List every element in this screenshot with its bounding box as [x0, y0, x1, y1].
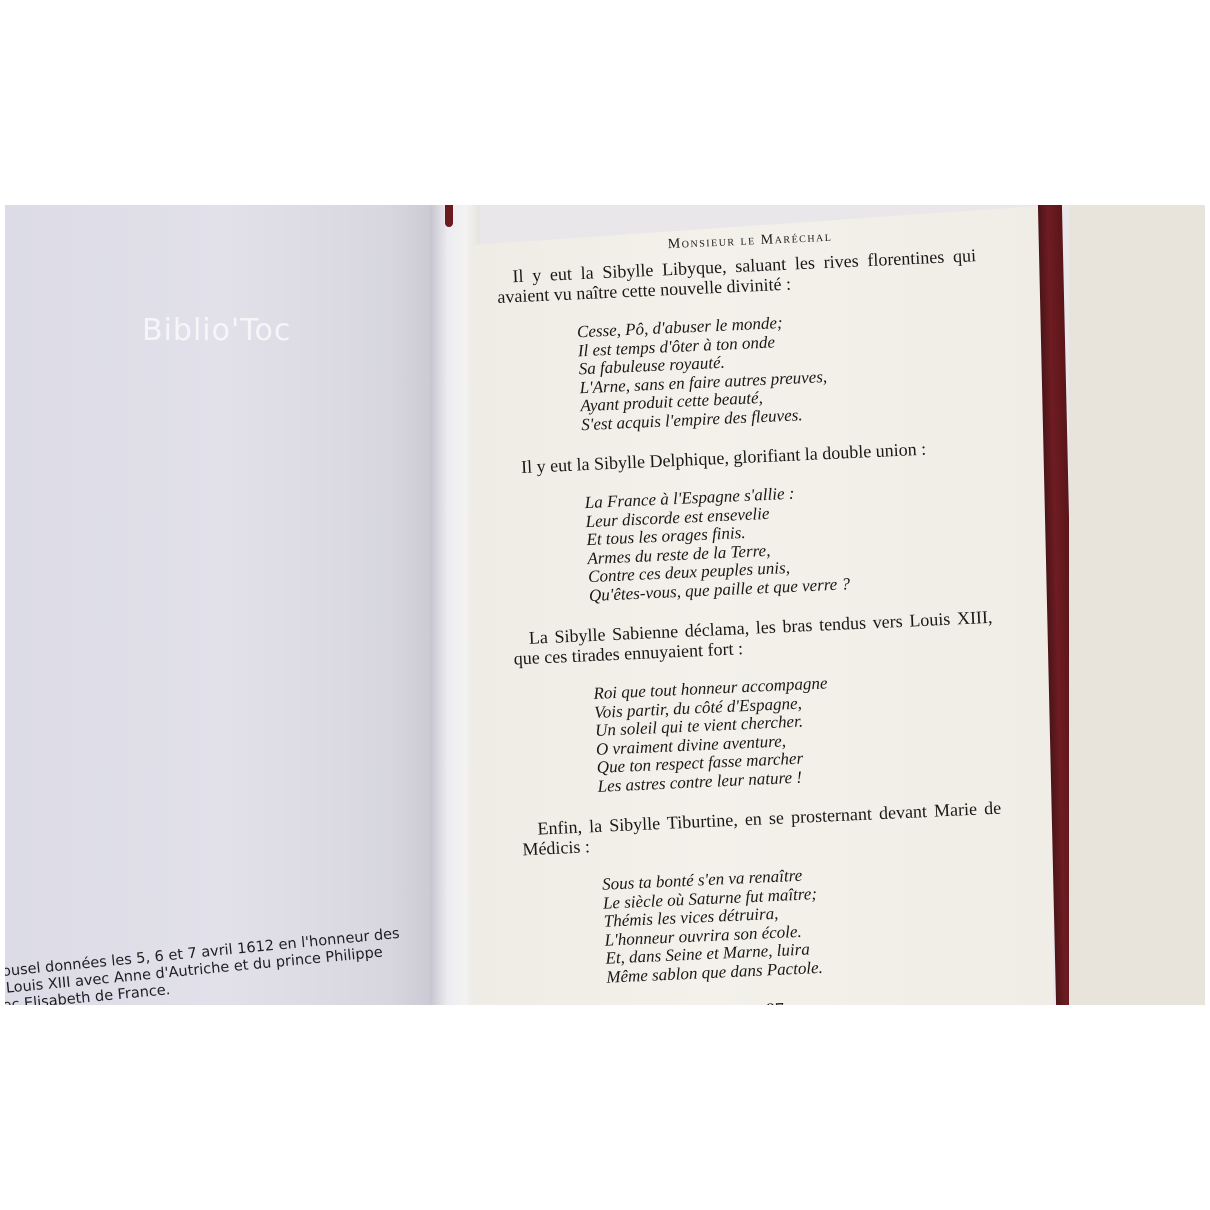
verse-stanza: Sous ta bonté s'en va renaîtreLe siècle …: [602, 858, 1009, 987]
prose-paragraph: Enfin, la Sibylle Tiburtine, en se prost…: [521, 798, 1002, 860]
verse-stanza: Roi que tout honneur accompagneVois part…: [593, 667, 1000, 796]
prose-paragraph: La Sibylle Sabienne déclama, les bras te…: [512, 607, 993, 669]
backdrop: [1069, 205, 1205, 1005]
page-number: 87: [540, 988, 1010, 1005]
prose-paragraph: Il y eut la Sibylle Delphique, glorifian…: [505, 436, 985, 478]
verse-stanza: Cesse, Pô, d'abuser le monde;Il est temp…: [577, 305, 984, 434]
bookmark-ribbon: [445, 205, 453, 227]
right-page-text: Monsieur le Maréchal Il y eut la Sibylle…: [495, 223, 1010, 1005]
book-gutter: [430, 205, 480, 1005]
verse-stanza: La France à l'Espagne s'allie :Leur disc…: [584, 476, 991, 605]
book-photo: Biblio'Toc rrousel données les 5, 6 et 7…: [5, 205, 1205, 1005]
watermark-logo: Biblio'Toc: [142, 313, 291, 348]
